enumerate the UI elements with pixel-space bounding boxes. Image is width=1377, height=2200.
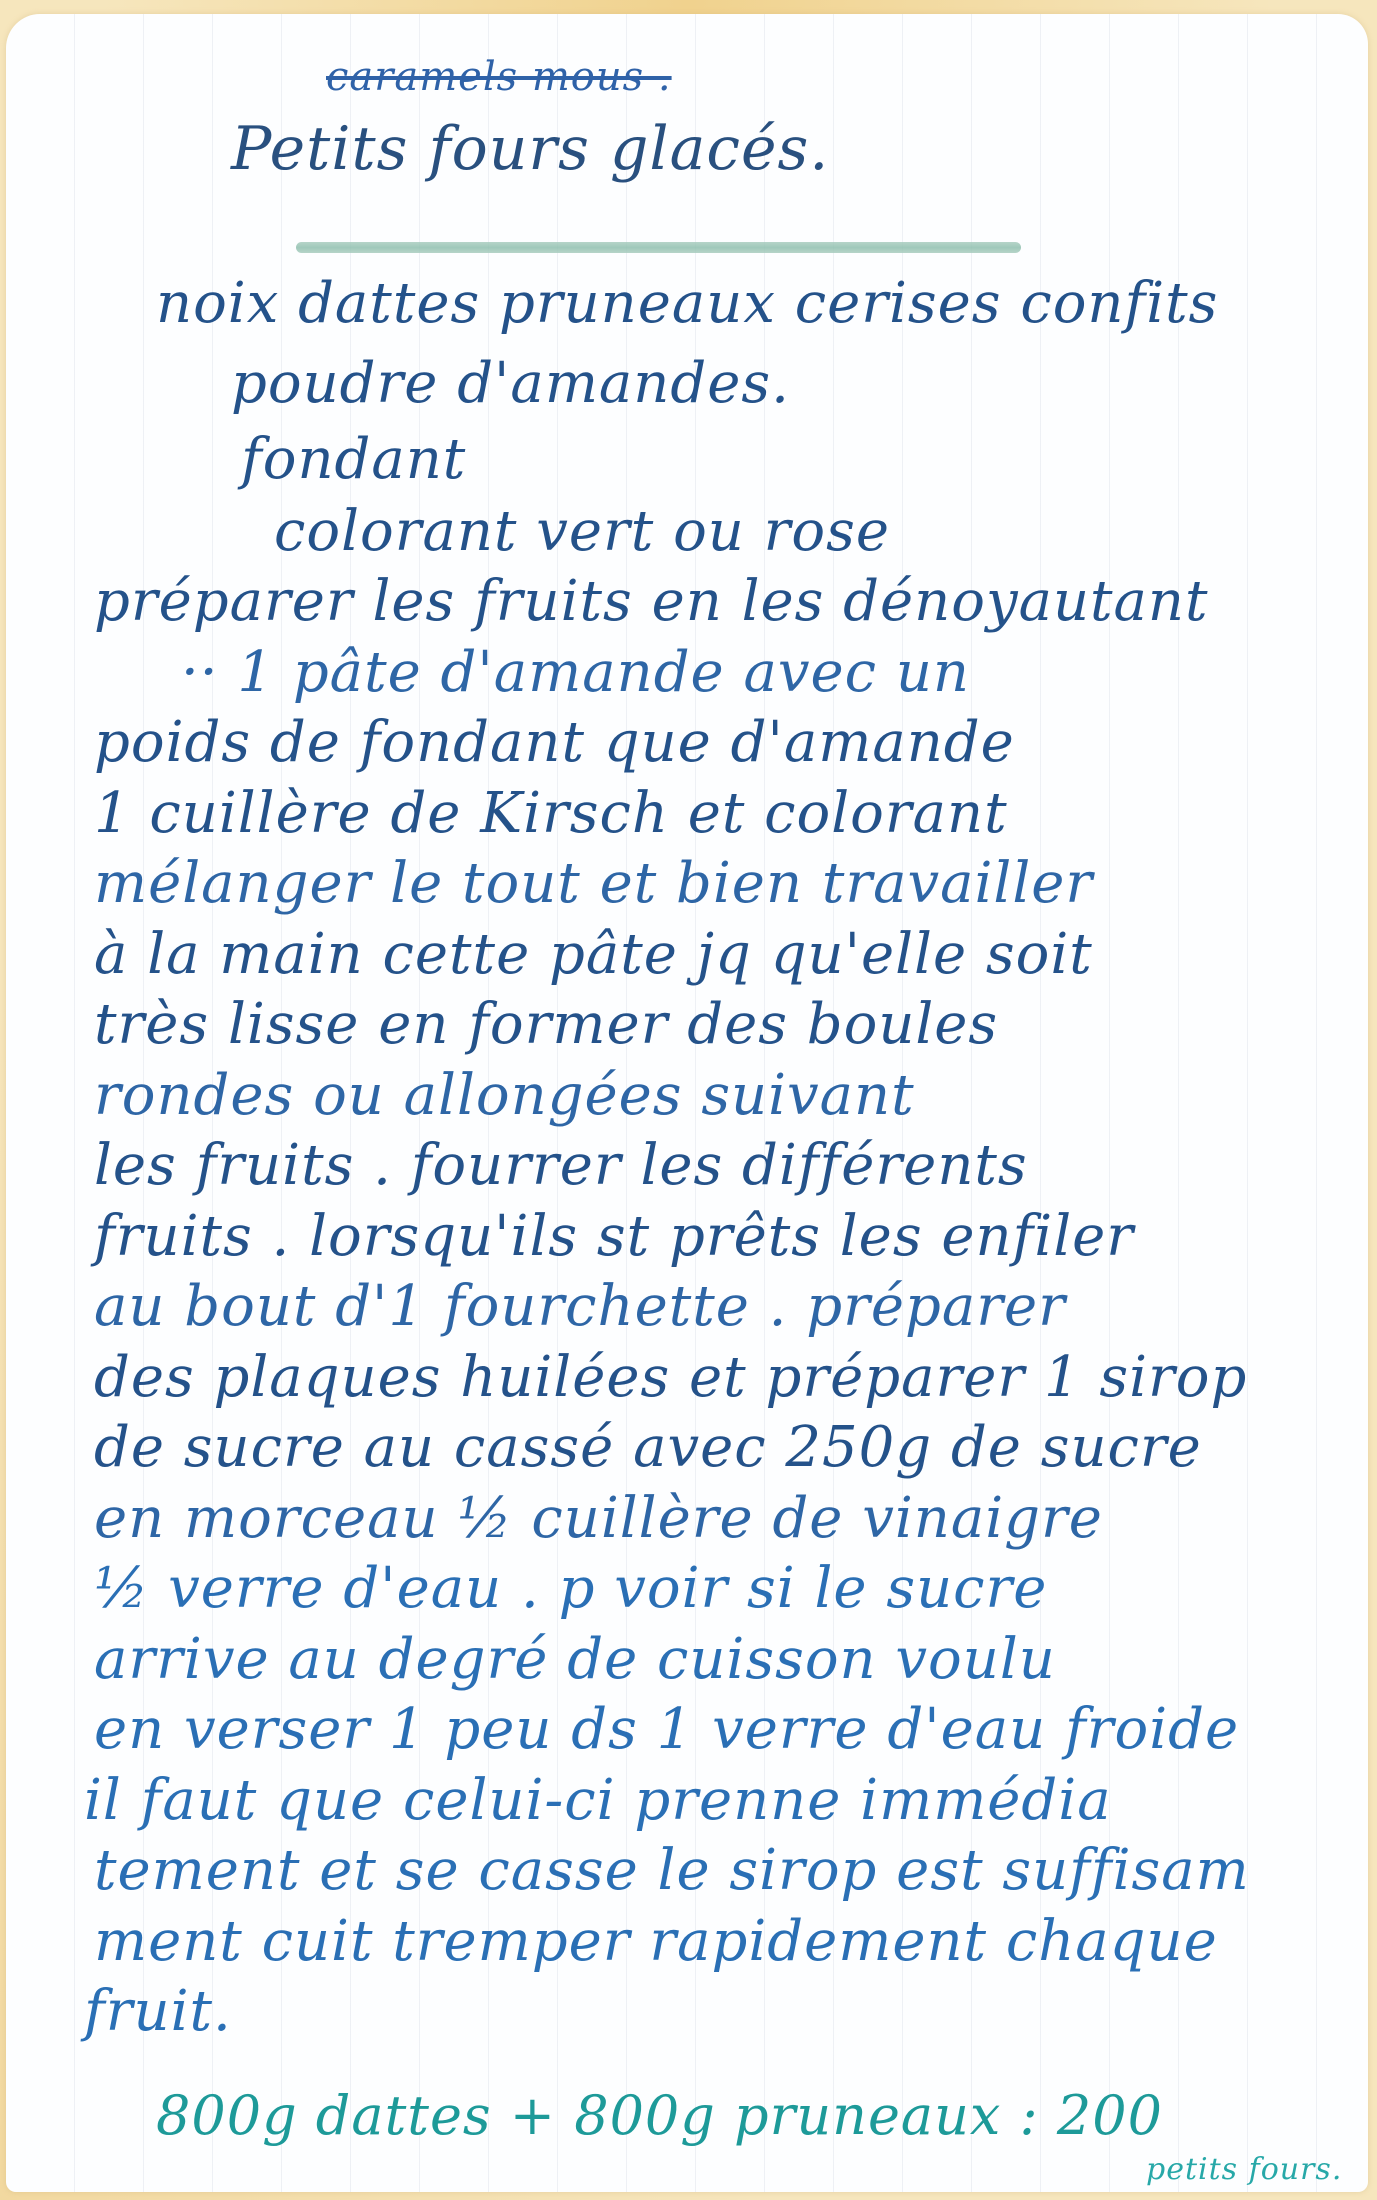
ingredient-line: fondant: [241, 432, 466, 488]
instruction-line: en morceau ½ cuillère de vinaigre: [94, 1491, 1103, 1547]
instruction-line: rondes ou allongées suivant: [94, 1068, 915, 1124]
instruction-line: ½ verre d'eau . p voir si le sucre: [94, 1561, 1047, 1617]
ingredient-line: poudre d'amandes.: [231, 356, 790, 412]
instruction-line: il faut que celui-ci prenne immédia: [84, 1773, 1112, 1829]
instruction-line: fruits . lorsqu'ils st prêts les enfiler: [94, 1209, 1134, 1265]
instruction-line: tement et se casse le sirop est suffisam: [94, 1843, 1250, 1899]
yield-note: 800g dattes + 800g pruneaux : 200: [156, 2084, 1163, 2147]
recipe-title: Petits fours glacés.: [231, 114, 829, 184]
instruction-line: les fruits . fourrer les différents: [94, 1138, 1028, 1194]
ingredient-line: noix dattes pruneaux cerises confits: [156, 276, 1218, 332]
instruction-line: très lisse en former des boules: [94, 997, 998, 1053]
instruction-line: ment cuit tremper rapidement chaque: [94, 1914, 1218, 1970]
instruction-line: poids de fondant que d'amande: [94, 715, 1015, 771]
instruction-line: à la main cette pâte jq qu'elle soit: [94, 927, 1093, 983]
instruction-line: ·· 1 pâte d'amande avec un: [181, 645, 970, 701]
recipe-card: caramels mous . Petits fours glacés. noi…: [6, 14, 1368, 2192]
instruction-line: fruit.: [84, 1984, 232, 2040]
instruction-line: au bout d'1 fourchette . préparer: [94, 1279, 1066, 1335]
instruction-line: 1 cuillère de Kirsch et colorant: [94, 786, 1008, 842]
instruction-line: préparer les fruits en les dénoyautant: [94, 574, 1209, 630]
instruction-line: en verser 1 peu ds 1 verre d'eau froide: [94, 1702, 1239, 1758]
title-divider: [296, 242, 1021, 253]
instruction-line: de sucre au cassé avec 250g de sucre: [94, 1420, 1202, 1476]
yield-note-sub: petits fours.: [1146, 2152, 1342, 2187]
ingredient-line: colorant vert ou rose: [274, 504, 890, 560]
instruction-line: arrive au degré de cuisson voulu: [94, 1632, 1056, 1688]
instruction-line: mélanger le tout et bien travailler: [94, 856, 1093, 912]
instruction-line: des plaques huilées et préparer 1 sirop: [94, 1350, 1247, 1406]
struck-heading: caramels mous .: [326, 54, 672, 100]
